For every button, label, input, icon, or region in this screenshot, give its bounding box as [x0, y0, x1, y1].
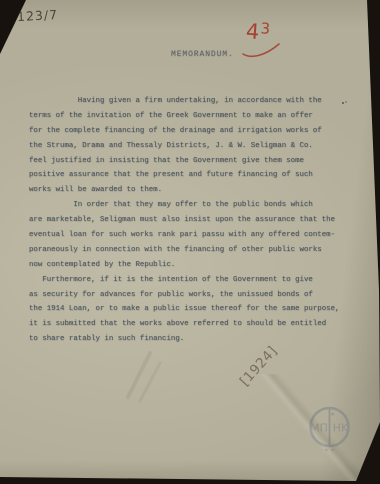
red-digit-3: 3 — [260, 19, 271, 38]
body-line: now contemplated by the Republic. — [29, 258, 365, 273]
red-underline-stroke — [241, 42, 283, 58]
document-title: MEMORANDUM. — [171, 50, 234, 59]
paper-speck — [342, 102, 344, 104]
body-line: Having given a firm undertaking, in acco… — [29, 94, 365, 109]
paper-crease — [240, 374, 380, 484]
body-line: positive assurance that the present and … — [29, 168, 365, 183]
body-line: works will be awarded to them. — [29, 183, 365, 198]
body-line: Furthermore, if it is the intention of t… — [29, 273, 365, 288]
ink-bleed-through-mark — [118, 345, 168, 405]
body-line: eventual loan for such works rank pari p… — [29, 228, 365, 243]
scanned-document-photo: 123/7 43 MEMORANDUM. Having given a firm… — [0, 0, 380, 484]
body-line: as security for advances for public work… — [29, 288, 365, 303]
body-line: In order that they may offer to the publ… — [29, 198, 365, 213]
memorandum-body: Having given a firm undertaking, in acco… — [29, 94, 365, 347]
red-page-number: 43 — [245, 19, 270, 45]
body-line: terms of the invitation of the Greek Gov… — [29, 109, 365, 124]
body-line: the Struma, Drama and Thessaly Districts… — [29, 139, 365, 154]
body-line: the 1914 Loan, or to make a public issue… — [29, 302, 365, 317]
body-line: it is submitted that the works above ref… — [29, 317, 365, 332]
body-line: to share ratably in such financing. — [29, 332, 365, 347]
paper-speck — [345, 101, 347, 103]
red-digit-4: 4 — [245, 19, 260, 44]
body-line: are marketable, Seligman must also insis… — [29, 213, 365, 228]
memorandum-page: 123/7 43 MEMORANDUM. Having given a firm… — [0, 0, 380, 484]
folio-number-annotation: 123/7 — [17, 7, 59, 24]
body-line: for the complete financing of the draina… — [29, 124, 365, 139]
body-line: poraneously in connection with the finan… — [29, 243, 365, 258]
body-line: feel justified in insisting that the Gov… — [29, 154, 365, 169]
